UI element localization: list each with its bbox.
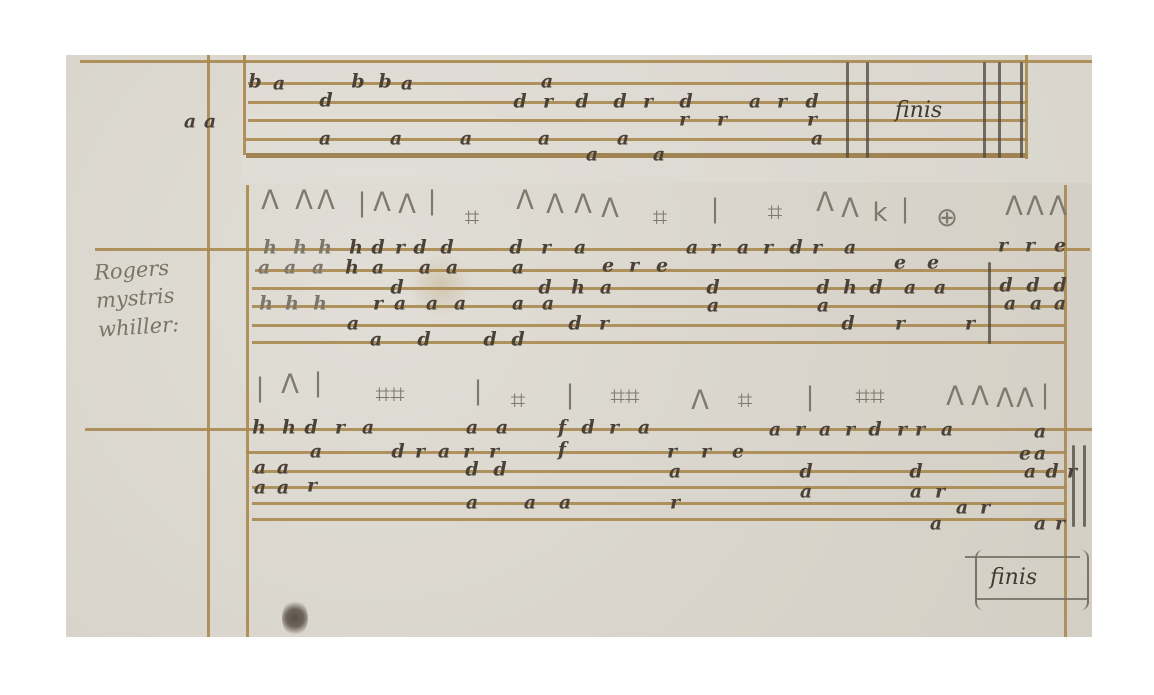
tab-letter: h (318, 239, 332, 258)
tab-letter: a (538, 130, 550, 149)
rhythm-flag: ⌗ (653, 205, 668, 231)
bar-line (998, 62, 1001, 158)
staff-line (246, 153, 1028, 158)
tab-letter: r (710, 239, 720, 258)
rhythm-flag: | (474, 378, 483, 404)
tab-letter: f (558, 441, 566, 460)
tab-letter: r (679, 111, 689, 130)
tab-letter: a (258, 259, 270, 278)
tab-letter: r (395, 239, 405, 258)
tab-letter: r (701, 443, 711, 462)
rhythm-flag: ᐱ (816, 190, 834, 216)
margin-rule (207, 55, 210, 637)
staff-line (246, 451, 1066, 454)
rhythm-flag: ⌗ (465, 205, 480, 231)
rhythm-flag: ⌗⌗ (375, 382, 404, 408)
tab-letter: a (941, 421, 953, 440)
rhythm-flag: | (256, 375, 265, 401)
rhythm-flag: | (711, 196, 720, 222)
rhythm-flag: ᐱ (398, 192, 416, 218)
tab-letter: a (653, 146, 665, 165)
tab-letter: a (438, 443, 450, 462)
bar-line (983, 62, 986, 158)
rhythm-flag: ᐱ (574, 192, 592, 218)
tab-letter: a (638, 419, 650, 438)
staff-line (248, 82, 1028, 85)
rhythm-flag: ᐱ (971, 384, 989, 410)
rhythm-flag: ⌗ (738, 388, 753, 414)
staff-line (80, 60, 1092, 63)
tab-letter: a (347, 315, 359, 334)
tab-letter: d (868, 421, 881, 440)
tab-letter: a (686, 239, 698, 258)
tab-letter: d (581, 419, 594, 438)
tab-letter: a (277, 479, 289, 498)
tab-letter: r (935, 483, 945, 502)
rhythm-flag: | (1041, 382, 1050, 408)
tab-letter: a (512, 295, 524, 314)
margin-rule (243, 55, 246, 155)
rhythm-flag: ᐱ (601, 196, 619, 222)
tab-letter: r (812, 239, 822, 258)
rhythm-flag: ⊕ (936, 205, 958, 231)
tab-letter: r (415, 443, 425, 462)
bar-line (1020, 62, 1023, 158)
tab-letter: a (372, 259, 384, 278)
tab-letter: a (910, 483, 922, 502)
finis-box-line (975, 598, 1087, 600)
bar-line (846, 62, 849, 158)
rhythm-flag: ᐱ (546, 192, 564, 218)
tab-letter: d (869, 279, 882, 298)
tab-letter: r (1055, 515, 1065, 534)
rhythm-flag: | (428, 188, 437, 214)
tab-letter: e (602, 257, 614, 276)
tab-letter: a (1034, 423, 1046, 442)
rhythm-flag: ᐱ (1016, 386, 1034, 412)
tab-letter: a (284, 259, 296, 278)
staff-line (252, 470, 1066, 473)
tab-letter: a (1054, 295, 1066, 314)
tab-letter: a (956, 499, 968, 518)
tab-letter: r (543, 93, 553, 112)
tab-letter: a (811, 130, 823, 149)
tab-letter: a (559, 494, 571, 513)
tab-letter: h (293, 239, 307, 258)
tab-letter: r (777, 93, 787, 112)
staff-line (252, 518, 1066, 521)
tab-letter: a (362, 419, 374, 438)
tab-letter: a (749, 93, 761, 112)
staff-line (95, 248, 1090, 251)
tab-letter: r (763, 239, 773, 258)
tab-letter: d (568, 315, 581, 334)
margin-rule (246, 185, 249, 637)
tab-letter: e (927, 254, 939, 273)
tab-letter: a (454, 295, 466, 314)
tab-letter: d (789, 239, 802, 258)
tab-letter: b (351, 73, 364, 92)
tab-letter: r (541, 239, 551, 258)
rhythm-flag: | (358, 190, 367, 216)
rhythm-flag: | (806, 384, 815, 410)
tab-letter: a (390, 130, 402, 149)
rhythm-flag: ᐱ (946, 384, 964, 410)
rhythm-flag: ᐱ (261, 188, 279, 214)
tab-letter: d (513, 93, 526, 112)
tab-letter: a (800, 483, 812, 502)
rhythm-flag: ⌗⌗ (855, 384, 884, 410)
tab-letter: a (707, 297, 719, 316)
tab-letter: a (1004, 295, 1016, 314)
rhythm-flag: ᐱ (373, 190, 391, 216)
tab-letter: d (799, 463, 812, 482)
rhythm-flag: ᐱ (516, 188, 534, 214)
tab-letter: r (609, 419, 619, 438)
tab-letter: h (285, 295, 299, 314)
tab-letter: r (795, 421, 805, 440)
tab-letter: a (273, 75, 285, 94)
tab-letter: a (769, 421, 781, 440)
tab-letter: r (897, 421, 907, 440)
tab-letter: r (670, 494, 680, 513)
tab-letter: d (319, 92, 332, 111)
tab-letter: d (371, 239, 384, 258)
tab-letter: r (643, 93, 653, 112)
tab-letter: r (717, 111, 727, 130)
bar-line (988, 262, 991, 344)
tab-letter: a (737, 239, 749, 258)
staff-line (252, 324, 1065, 327)
tab-letter: a (934, 279, 946, 298)
tab-letter: h (252, 419, 266, 438)
tab-letter: a (1034, 445, 1046, 464)
tab-letter: d (509, 239, 522, 258)
tab-letter: r (998, 237, 1008, 256)
rhythm-flag: ᐱ (317, 188, 335, 214)
rhythm-flag: ᐱ (295, 188, 313, 214)
tab-letter: b (378, 73, 391, 92)
tab-letter: r (1067, 463, 1077, 482)
tab-letter: a (466, 494, 478, 513)
tab-letter: r (335, 419, 345, 438)
inscription-line-3: whiller: (97, 310, 180, 344)
tab-letter: a (446, 259, 458, 278)
tab-letter: a (1034, 515, 1046, 534)
finis-mark-system-3: finis (990, 565, 1037, 590)
tab-letter: r (1025, 237, 1035, 256)
tab-letter: a (669, 463, 681, 482)
tab-letter: r (373, 295, 383, 314)
tab-letter: a (254, 459, 266, 478)
rhythm-flag: ᐱ (281, 372, 299, 398)
tab-letter: a (277, 459, 289, 478)
tab-letter: a (574, 239, 586, 258)
tab-letter: d (613, 93, 626, 112)
rhythm-flag: ᐱ (1049, 194, 1067, 220)
rhythm-flag: ⌗ (768, 200, 783, 226)
tab-letter: e (1054, 237, 1066, 256)
tab-letter: a (586, 146, 598, 165)
rhythm-flag: ᐱ (1005, 194, 1023, 220)
rhythm-flag: | (314, 370, 323, 396)
tab-letter: h (282, 419, 296, 438)
rhythm-flag: ᐱ (841, 196, 859, 222)
tab-letter: a (904, 279, 916, 298)
tab-letter: h (263, 239, 277, 258)
tab-letter: d (575, 93, 588, 112)
tab-letter: e (894, 254, 906, 273)
tab-letter: d (440, 239, 453, 258)
tab-letter: a (600, 279, 612, 298)
tab-letter: d (511, 331, 524, 350)
tab-letter: a (524, 494, 536, 513)
tab-letter: a (394, 295, 406, 314)
tab-letter: d (841, 315, 854, 334)
tab-letter: a (817, 297, 829, 316)
tab-letter: d (413, 239, 426, 258)
margin-inscription: Rogers mystris whiller: (93, 253, 180, 343)
tab-letter: r (980, 499, 990, 518)
tab-letter: h (313, 295, 327, 314)
tab-letter: a (419, 259, 431, 278)
tab-letter: a (512, 259, 524, 278)
tab-letter: a (930, 515, 942, 534)
tab-letter: a (254, 479, 266, 498)
manuscript-page (66, 55, 1092, 637)
tab-letter: a (617, 130, 629, 149)
tab-letter: a (319, 130, 331, 149)
tab-letter: a (819, 421, 831, 440)
tab-letter: a (184, 113, 196, 132)
tab-letter: d (909, 463, 922, 482)
tab-letter: r (307, 477, 317, 496)
tab-letter: a (401, 75, 413, 94)
tab-letter: r (895, 315, 905, 334)
tab-letter: a (1030, 295, 1042, 314)
tab-letter: a (310, 443, 322, 462)
tab-letter: b (248, 73, 261, 92)
finis-box-line (965, 556, 1080, 558)
tab-letter: r (845, 421, 855, 440)
tab-letter: a (204, 113, 216, 132)
tab-letter: a (541, 73, 553, 92)
tab-letter: f (558, 419, 566, 438)
rhythm-flag: ᐱ (691, 388, 709, 414)
tab-letter: d (391, 443, 404, 462)
tab-letter: r (629, 257, 639, 276)
rhythm-flag: k (872, 200, 887, 226)
tab-letter: h (843, 279, 857, 298)
tab-letter: h (259, 295, 273, 314)
tab-letter: a (542, 295, 554, 314)
bar-line (1083, 445, 1086, 527)
rhythm-flag: ᐱ (996, 386, 1014, 412)
tab-letter: d (1045, 463, 1058, 482)
tab-letter: h (571, 279, 585, 298)
tab-letter: e (656, 257, 668, 276)
tab-letter: a (496, 419, 508, 438)
tab-letter: r (599, 315, 609, 334)
tab-letter: d (304, 419, 317, 438)
tab-letter: a (312, 259, 324, 278)
tab-letter: d (493, 461, 506, 480)
margin-rule (1025, 55, 1028, 159)
rhythm-flag: ᐱ (1026, 194, 1044, 220)
tab-letter: a (426, 295, 438, 314)
rhythm-flag: ⌗ (511, 388, 526, 414)
tab-letter: a (466, 419, 478, 438)
tab-letter: a (1024, 463, 1036, 482)
bar-line (866, 62, 869, 158)
tab-letter: r (667, 443, 677, 462)
tab-letter: r (915, 421, 925, 440)
ink-smudge (282, 600, 308, 636)
staff-line (246, 138, 1028, 141)
finis-mark-system-1: finis (895, 98, 942, 123)
tab-letter: r (965, 315, 975, 334)
tab-letter: h (349, 239, 363, 258)
tab-letter: d (483, 331, 496, 350)
tab-letter: d (417, 331, 430, 350)
tab-letter: a (460, 130, 472, 149)
tab-letter: h (345, 259, 359, 278)
tab-letter: a (370, 331, 382, 350)
rhythm-flag: | (901, 196, 910, 222)
tab-letter: a (844, 239, 856, 258)
bar-line (1072, 445, 1075, 527)
rhythm-flag: | (566, 382, 575, 408)
tab-letter: e (732, 443, 744, 462)
tab-letter: d (465, 461, 478, 480)
rhythm-flag: ⌗⌗ (610, 384, 639, 410)
